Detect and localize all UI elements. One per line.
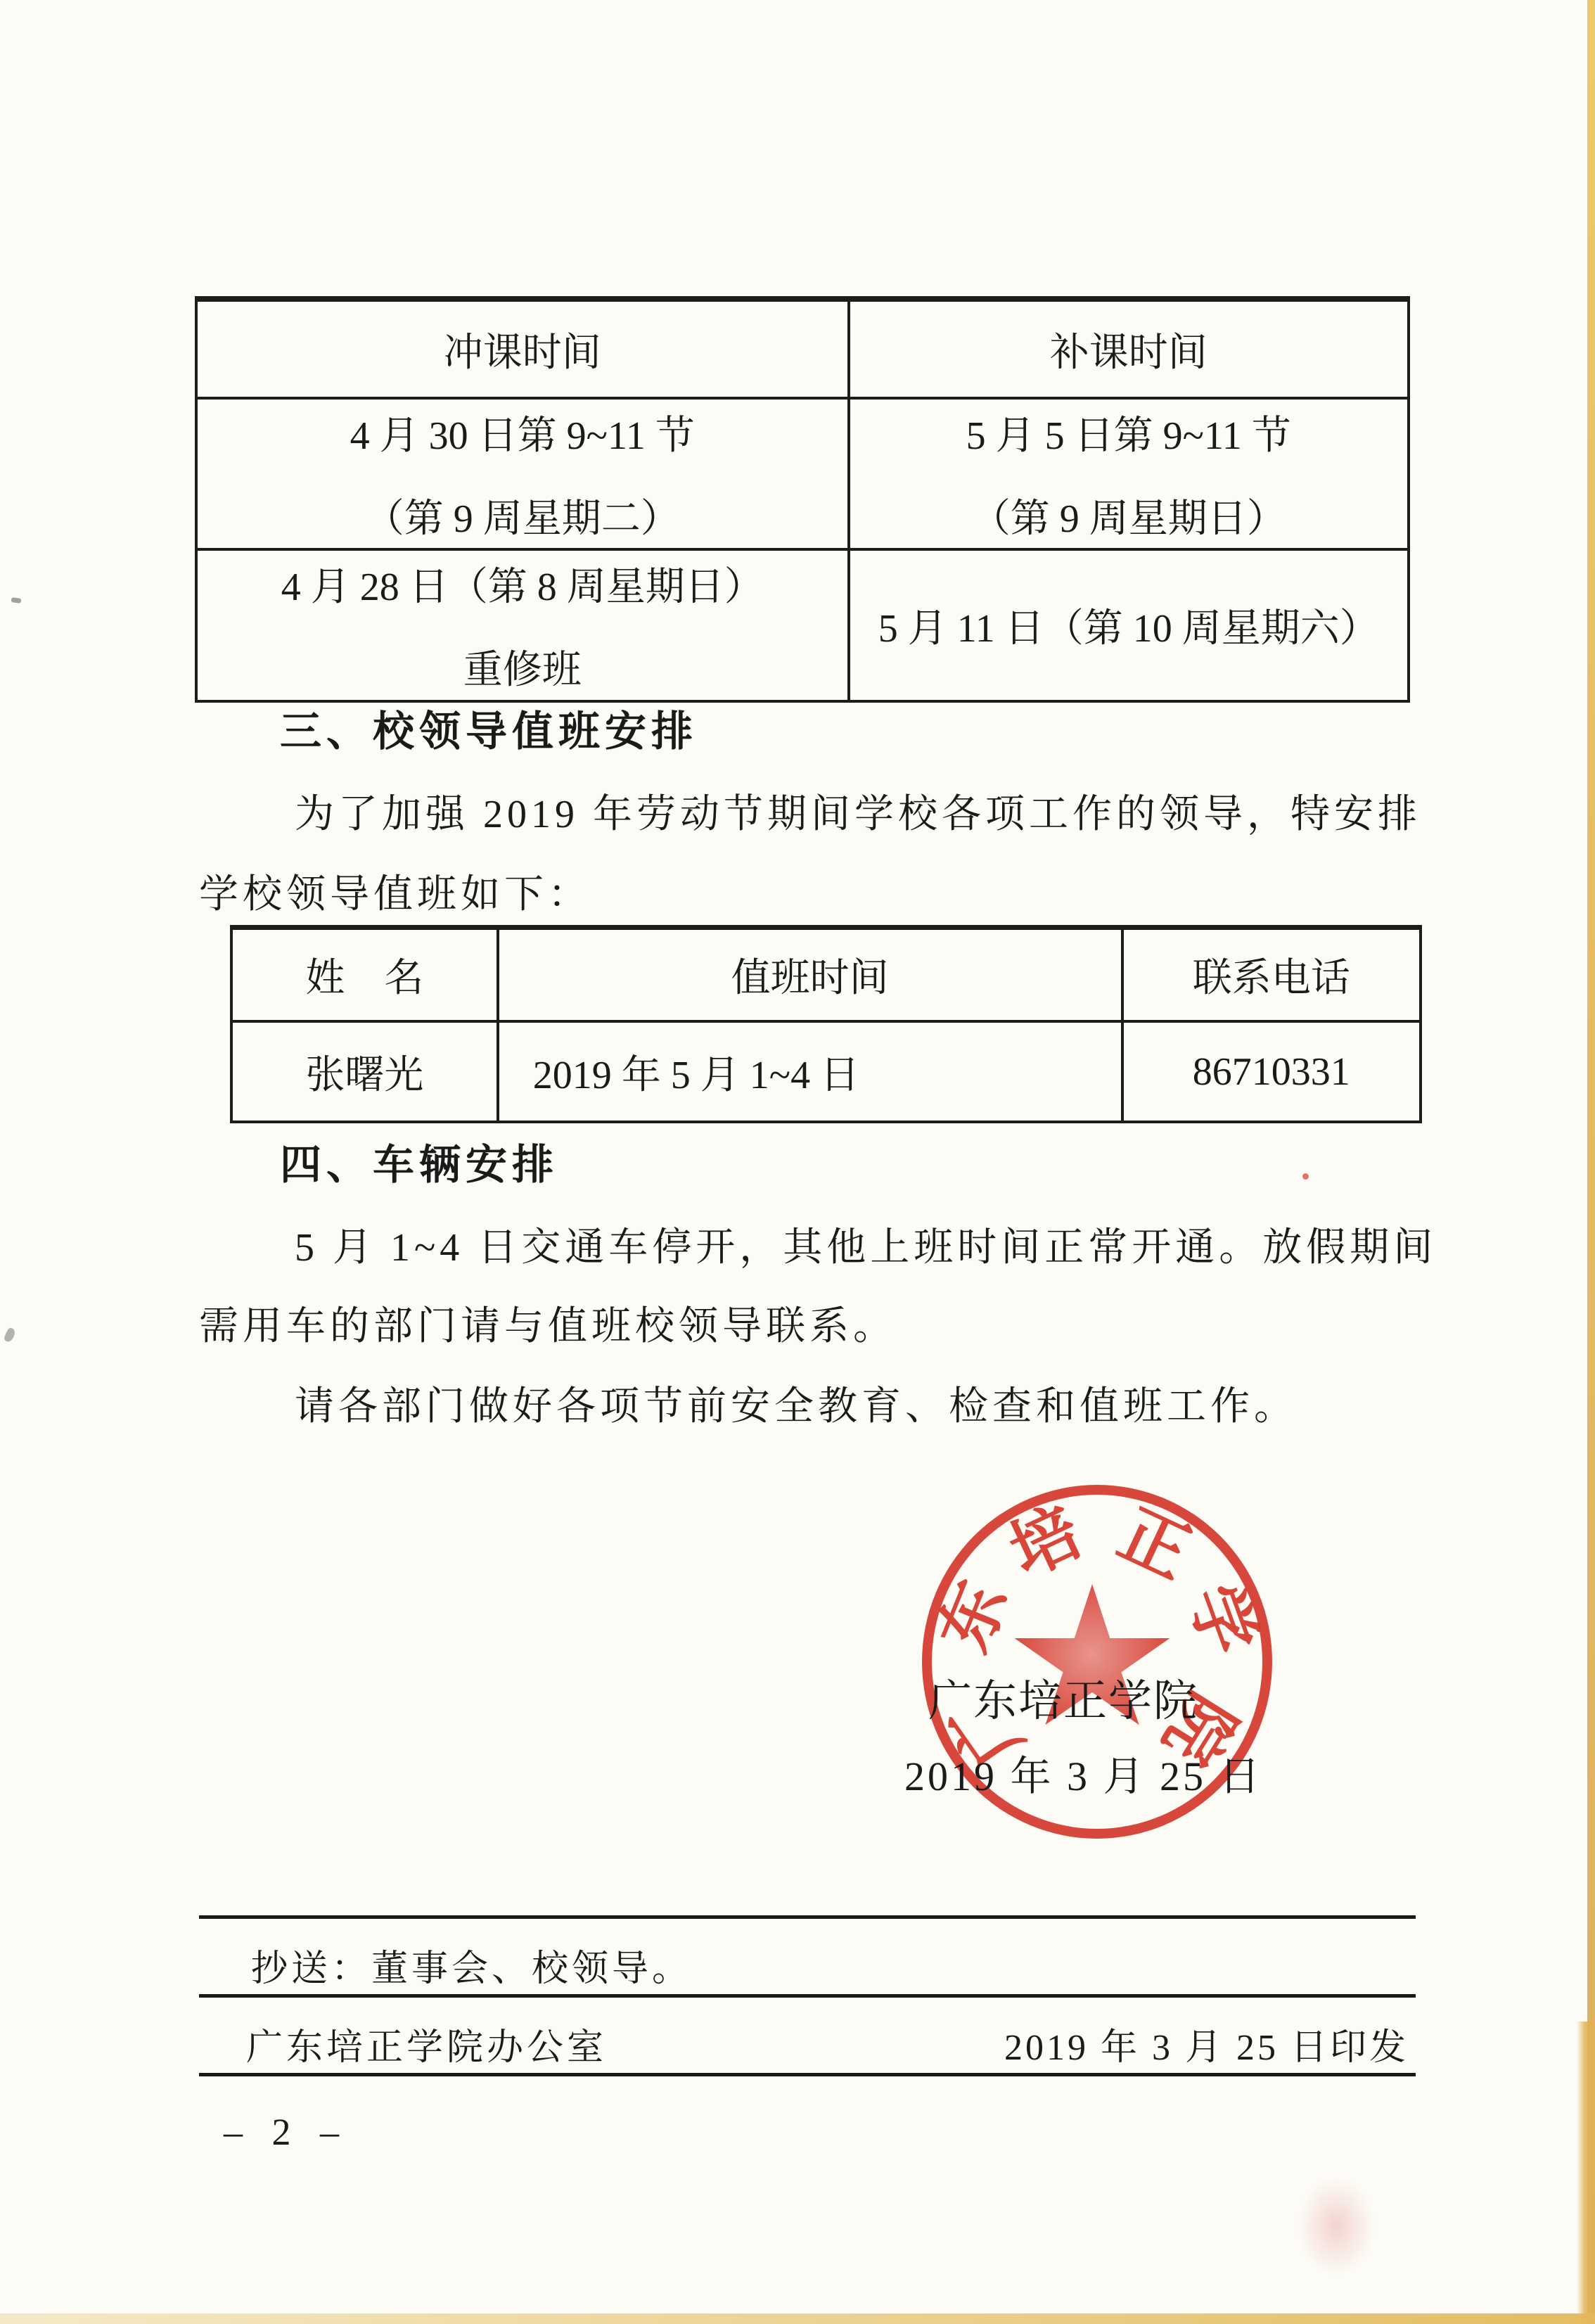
section3-heading: 三、校领导值班安排 [280,709,698,755]
scan-speck-left-1 [11,597,22,604]
header-label: 值班时间 [731,957,889,1000]
section4-paragraph1-line1: 5 月 1~4 日交通车停开，其他上班时间正常开通。放假期间 [295,1225,1437,1270]
header-label: 冲课时间 [444,331,601,375]
duty-roster-table: 姓 名 值班时间 联系电话 张曙光 2019 年 5 月 1~4 日 86710… [230,925,1422,1123]
header-cell-duty-time: 值班时间 [498,928,1122,1022]
cell-line: 4 月 28 日（第 8 周星期日） [198,556,847,612]
cell-duty-time: 2019 年 5 月 1~4 日 [498,1021,1122,1122]
scan-edge-right-bottom [1577,2022,1595,2324]
cell-duty-name: 张曙光 [231,1021,498,1122]
scan-smudge [1298,2177,1375,2275]
footer-issue-date: 2019 年 3 月 25 日印发 [1004,2017,1409,2070]
table-header-row: 冲课时间 补课时间 [196,299,1409,398]
section4-heading: 四、车辆安排 [280,1142,558,1188]
cell-line: 重修班 [198,639,847,695]
cell-makeup-1: 5 月 5 日第 9~11 节 （第 9 周星期日） [849,398,1409,549]
section4-paragraph2: 请各部门做好各项节前安全教育、检查和值班工作。 [295,1384,1298,1429]
page-number: – 2 – [224,2110,349,2154]
cell-line: （第 9 周星期日） [850,487,1408,544]
table-row: 张曙光 2019 年 5 月 1~4 日 86710331 [231,1021,1421,1122]
cell-makeup-2: 5 月 11 日（第 10 周星期六） [849,549,1409,701]
section3-paragraph-line2: 学校领导值班如下： [199,872,591,917]
signature-date: 2019 年 3 月 25 日 [904,1743,1263,1802]
footer-cc-line: 抄送：董事会、校领导。 [251,1939,692,1991]
footer-divider-top [199,1915,1416,1919]
section3-paragraph-line1: 为了加强 2019 年劳动节期间学校各项工作的领导，特安排 [295,792,1421,837]
cell-line: 5 月 5 日第 9~11 节 [850,404,1408,461]
cell-duty-phone: 86710331 [1122,1021,1421,1122]
scan-edge-bottom [0,2313,1595,2324]
header-cell-phone: 联系电话 [1122,928,1421,1022]
footer-divider-bottom [199,2073,1416,2076]
header-label: 联系电话 [1193,957,1350,1000]
cell-line: （第 9 周星期二） [198,487,847,544]
header-label: 姓 名 [305,957,423,1000]
header-label: 补课时间 [1050,331,1208,375]
header-cell-makeup-time: 补课时间 [849,299,1409,398]
scan-speck-red [1302,1173,1309,1180]
header-cell-name: 姓 名 [231,928,498,1022]
table-header-row: 姓 名 值班时间 联系电话 [231,928,1421,1022]
footer-divider-middle [199,1994,1416,1998]
cell-cancel-2: 4 月 28 日（第 8 周星期日） 重修班 [196,549,849,701]
cell-line: 5 月 11 日（第 10 周星期六） [850,597,1408,653]
signature-organization: 广东培正学院 [928,1666,1198,1728]
footer-issuing-office: 广东培正学院办公室 [246,2017,607,2070]
scanned-notice-page: 冲课时间 补课时间 4 月 30 日第 9~11 节 （第 9 周星期二） 5 … [0,0,1595,2324]
cell-cancel-1: 4 月 30 日第 9~11 节 （第 9 周星期二） [196,398,849,549]
table-row: 4 月 30 日第 9~11 节 （第 9 周星期二） 5 月 5 日第 9~1… [196,398,1409,549]
header-cell-cancel-time: 冲课时间 [196,299,849,398]
scan-speck-left-2 [3,1327,16,1343]
section4-paragraph1-line2: 需用车的部门请与值班校领导联系。 [199,1304,897,1349]
table-row: 4 月 28 日（第 8 周星期日） 重修班 5 月 11 日（第 10 周星期… [196,549,1409,701]
cell-line: 4 月 30 日第 9~11 节 [198,404,847,461]
class-makeup-schedule-table: 冲课时间 补课时间 4 月 30 日第 9~11 节 （第 9 周星期二） 5 … [195,296,1410,703]
scan-edge-right [1587,0,1595,2324]
